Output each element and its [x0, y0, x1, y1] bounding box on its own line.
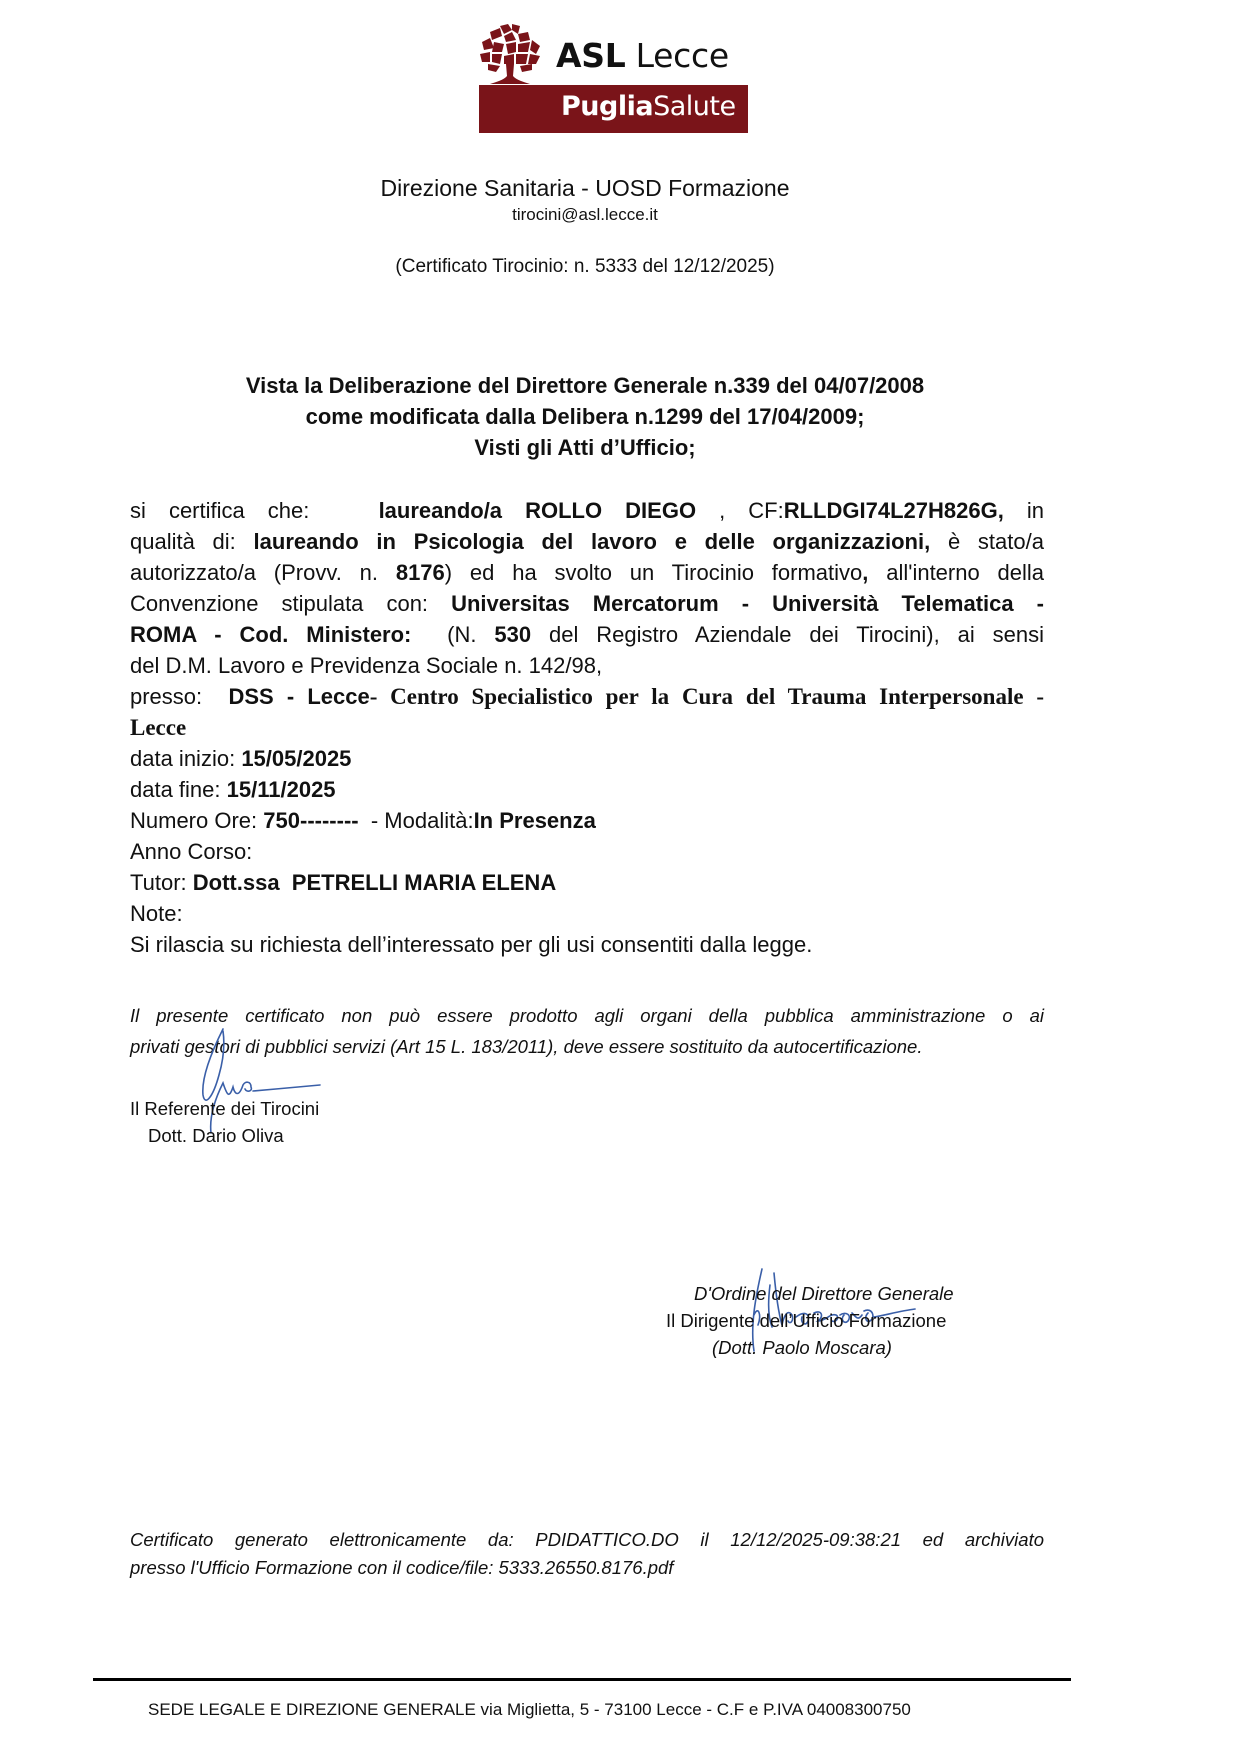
hours-row: Numero Ore: 750-------- - Modalità:In Pr…	[130, 805, 1044, 836]
body-line: qualità di: laureando in Psicologia del …	[130, 526, 1044, 557]
footer-divider	[93, 1678, 1071, 1681]
logo-banner: PugliaSalute	[479, 85, 748, 133]
presso-site: DSS - Lecce	[228, 684, 369, 709]
generation-note: Certificato generato elettronicamente da…	[130, 1526, 1044, 1582]
deliberation-line: come modificata dalla Delibera n.1299 de…	[0, 401, 1170, 432]
fiscal-code: RLLDGI74L27H826G,	[784, 498, 1004, 523]
generation-line: Certificato generato elettronicamente da…	[130, 1526, 1044, 1554]
tutor-name: Dott.ssa PETRELLI MARIA ELENA	[193, 870, 556, 895]
body-line: autorizzato/a (Provv. n. 8176) ed ha svo…	[130, 557, 1044, 588]
release-statement: Si rilascia su richiesta dell’interessat…	[130, 929, 1044, 960]
student-status: laureando/a	[379, 498, 502, 523]
provv-number: 8176	[396, 560, 445, 585]
referente-block: Il Referente dei Tirocini Dott. Dario Ol…	[130, 1095, 319, 1149]
referente-role: Il Referente dei Tirocini	[130, 1095, 319, 1122]
deliberation-block: Vista la Deliberazione del Direttore Gen…	[0, 370, 1170, 463]
logo-banner-text: PugliaSalute	[561, 91, 736, 122]
dirigente-role: Il Dirigente dell’Ufficio Formazione	[640, 1307, 1020, 1334]
note-row: Note:	[130, 898, 1044, 929]
tutor-row: Tutor: Dott.ssa PETRELLI MARIA ELENA	[130, 867, 1044, 898]
registro-number: 530	[494, 622, 531, 647]
start-date-row: data inizio: 15/05/2025	[130, 743, 1044, 774]
department-email: tirocini@asl.lecce.it	[0, 205, 1170, 225]
dirigente-block: D'Ordine del Direttore Generale Il Dirig…	[640, 1280, 1020, 1361]
body-line: Convenzione stipulata con: Universitas M…	[130, 588, 1044, 619]
deliberation-line: Vista la Deliberazione del Direttore Gen…	[0, 370, 1170, 401]
generation-line: presso l'Ufficio Formazione con il codic…	[130, 1554, 1044, 1582]
qualification: laureando in Psicologia del lavoro e del…	[254, 529, 931, 554]
end-date-row: data fine: 15/11/2025	[130, 774, 1044, 805]
footer-address: SEDE LEGALE E DIREZIONE GENERALE via Mig…	[148, 1700, 911, 1720]
body-line: presso: DSS - Lecce- Centro Specialistic…	[130, 681, 1044, 712]
certificate-reference: (Certificato Tirocinio: n. 5333 del 12/1…	[0, 256, 1170, 278]
logo-title: ASL Lecce	[556, 36, 729, 75]
certificate-body: si certifica che: laureando/a ROLLO DIEG…	[130, 495, 1044, 960]
dirigente-order: D'Ordine del Direttore Generale	[640, 1280, 1020, 1307]
body-line: si certifica che: laureando/a ROLLO DIEG…	[130, 495, 1044, 526]
body-line: del D.M. Lavoro e Previdenza Sociale n. …	[130, 650, 1044, 681]
department-title: Direzione Sanitaria - UOSD Formazione	[0, 175, 1170, 202]
anno-corso-row: Anno Corso:	[130, 836, 1044, 867]
student-name: ROLLO DIEGO	[525, 498, 696, 523]
deliberation-line: Visti gli Atti d’Ufficio;	[0, 432, 1170, 463]
presso-center: - Centro Specialistico per la Cura del T…	[370, 684, 1044, 709]
body-line: ROMA - Cod. Ministero: (N. 530 del Regis…	[130, 619, 1044, 650]
mode: In Presenza	[474, 808, 596, 833]
tree-icon	[478, 22, 542, 86]
referente-name: Dott. Dario Oliva	[130, 1122, 319, 1149]
end-date: 15/11/2025	[227, 777, 336, 802]
university: Universitas Mercatorum - Università Tele…	[451, 591, 1044, 616]
hours: 750--------	[263, 808, 358, 833]
dirigente-name: (Dott. Paolo Moscara)	[640, 1334, 1020, 1361]
start-date: 15/05/2025	[241, 746, 351, 771]
body-line: Lecce	[130, 712, 1044, 743]
